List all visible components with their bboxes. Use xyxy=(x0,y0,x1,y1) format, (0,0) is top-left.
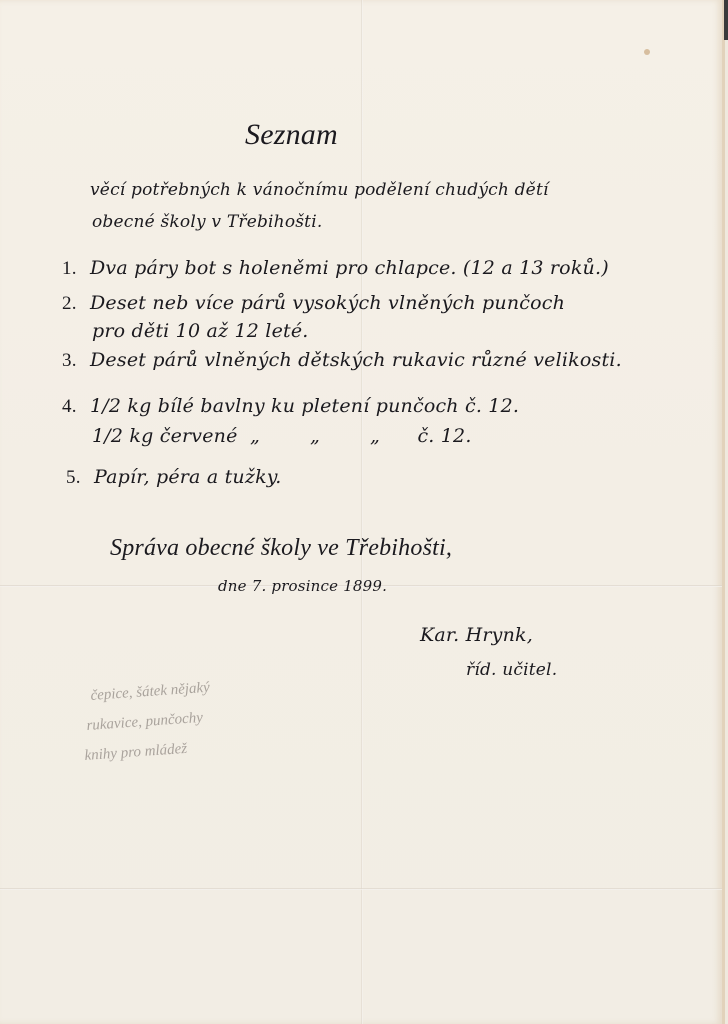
vertical-fold-line xyxy=(361,0,363,1024)
item-text: Dva páry bot s holeněmi pro chlapce. (12… xyxy=(90,257,609,279)
issuer-line: Správa obecné školy ve Třebihošti, xyxy=(110,535,452,562)
list-item-2-continued: pro děti 10 až 12 leté. xyxy=(92,320,309,342)
signature-name: Kar. Hrynk, xyxy=(420,624,533,646)
item-number: 3. xyxy=(62,350,90,372)
item-text: Papír, péra a tužky. xyxy=(94,466,281,488)
item-number: 1. xyxy=(62,258,90,280)
list-item-4: 4.1/2 kg bílé bavlny ku pletení punčoch … xyxy=(62,395,519,418)
item-text: Deset neb více párů vysokých vlněných pu… xyxy=(90,292,565,314)
item-text: 1/2 kg bílé bavlny ku pletení punčoch č.… xyxy=(90,395,519,417)
item-number: 4. xyxy=(62,396,90,418)
list-item-5: 5.Papír, péra a tužky. xyxy=(66,466,281,489)
list-item-1: 1.Dva páry bot s holeněmi pro chlapce. (… xyxy=(62,257,609,280)
scan-edge xyxy=(724,0,728,40)
item-number: 5. xyxy=(66,467,94,489)
horizontal-fold-line xyxy=(0,888,722,890)
list-item-3: 3.Deset párů vlněných dětských rukavic r… xyxy=(62,349,622,372)
subtitle-line-1: věcí potřebných k vánočnímu podělení chu… xyxy=(90,180,549,200)
paper-stain xyxy=(644,49,650,55)
subtitle-line-2: obecné školy v Třebihošti. xyxy=(92,212,322,232)
item-number: 2. xyxy=(62,293,90,315)
document-title: Seznam xyxy=(245,118,338,152)
signature-role: říd. učitel. xyxy=(466,660,557,680)
document-date: dne 7. prosince 1899. xyxy=(218,577,387,595)
item-text: Deset párů vlněných dětských rukavic růz… xyxy=(90,349,622,371)
list-item-2: 2.Deset neb více párů vysokých vlněných … xyxy=(62,292,565,315)
list-item-4-continued: 1/2 kg červené „ „ „ č. 12. xyxy=(92,425,472,447)
